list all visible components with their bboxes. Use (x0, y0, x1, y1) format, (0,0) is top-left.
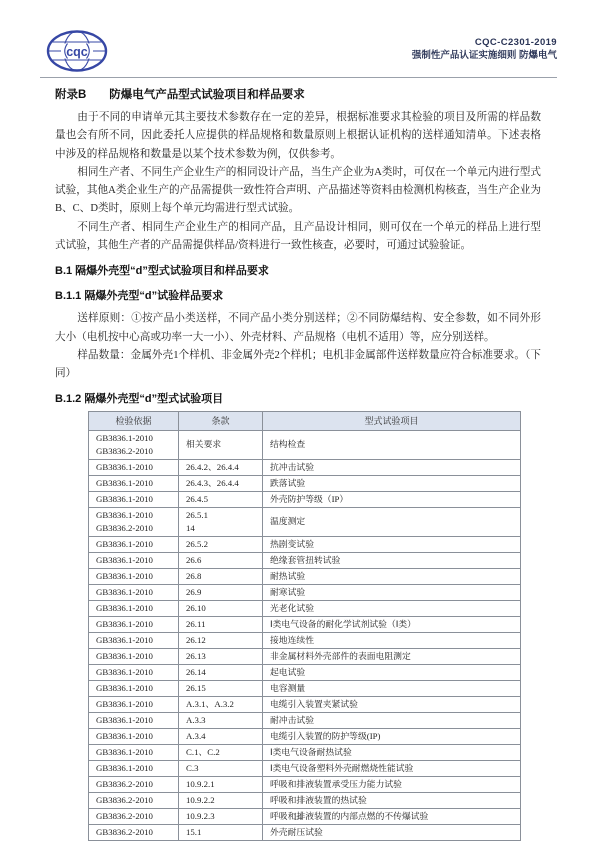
table-cell-basis: GB3836.1-2010 (89, 760, 179, 776)
table-cell-item: 电缆引入装置夹紧试验 (263, 696, 521, 712)
table-cell-basis: GB3836.2-2010 (89, 776, 179, 792)
table-cell-item: 抗冲击试验 (263, 459, 521, 475)
table-row: GB3836.1-201026.9耐寒试验 (89, 584, 521, 600)
table-row: GB3836.1-2010 GB3836.2-201026.5.1 14温度测定 (89, 507, 521, 536)
table-cell-clause: 26.10 (179, 600, 263, 616)
table-cell-clause: 26.6 (179, 552, 263, 568)
table-row: GB3836.1-201026.11Ⅰ类电气设备的耐化学试剂试验（Ⅰ类） (89, 616, 521, 632)
appendix-title: 附录B 防爆电气产品型式试验项目和样品要求 (55, 88, 541, 102)
table-cell-item: 接地连续性 (263, 632, 521, 648)
column-header-clause: 条款 (179, 411, 263, 430)
table-cell-item: 起电试验 (263, 664, 521, 680)
table-cell-clause: 26.14 (179, 664, 263, 680)
table-cell-clause: 26.4.3、26.4.4 (179, 475, 263, 491)
document-page: cqc CQC-C2301-2019 强制性产品认证实施细则 防爆电气 附录B … (0, 0, 595, 845)
intro-paragraph: 由于不同的申请单元其主要技术参数存在一定的差异，根据标准要求其检验的项目及所需的… (55, 109, 541, 164)
table-cell-basis: GB3836.1-2010 (89, 552, 179, 568)
header-divider (40, 77, 557, 78)
table-cell-clause: 26.15 (179, 680, 263, 696)
table-cell-basis: GB3836.1-2010 (89, 680, 179, 696)
table-cell-basis: GB3836.1-2010 (89, 664, 179, 680)
table-cell-clause: 26.4.2、26.4.4 (179, 459, 263, 475)
table-row: GB3836.1-201026.6绝缘套管扭转试验 (89, 552, 521, 568)
table-cell-basis: GB3836.1-2010 (89, 632, 179, 648)
table-cell-basis: GB3836.1-2010 (89, 744, 179, 760)
intro-paragraph: 相同生产者、不同生产企业生产的相同设计产品，当生产企业为A类时，可仅在一个单元内… (55, 164, 541, 219)
table-header-row: 检验依据 条款 型式试验项目 (89, 411, 521, 430)
header-doc-info: CQC-C2301-2019 强制性产品认证实施细则 防爆电气 (412, 36, 557, 62)
table-cell-item: 耐热试验 (263, 568, 521, 584)
table-cell-item: 结构检查 (263, 430, 521, 459)
table-cell-basis: GB3836.1-2010 (89, 584, 179, 600)
table-row: GB3836.1-2010C.3Ⅰ类电气设备塑料外壳耐燃烧性能试验 (89, 760, 521, 776)
table-cell-clause: 26.8 (179, 568, 263, 584)
table-row: GB3836.1-201026.8耐热试验 (89, 568, 521, 584)
table-cell-item: 光老化试验 (263, 600, 521, 616)
type-test-table-body: GB3836.1-2010 GB3836.2-2010相关要求结构检查GB383… (89, 430, 521, 840)
globe-logo-icon: cqc (46, 30, 108, 72)
column-header-item: 型式试验项目 (263, 411, 521, 430)
section-heading-b11: B.1.1 隔爆外壳型“d”试验样品要求 (55, 289, 541, 303)
table-row: GB3836.2-201010.9.2.1呼吸和排液装置承受压力能力试验 (89, 776, 521, 792)
table-cell-item: 绝缘套管扭转试验 (263, 552, 521, 568)
type-test-table: 检验依据 条款 型式试验项目 GB3836.1-2010 GB3836.2-20… (88, 411, 521, 841)
table-cell-clause: A.3.1、A.3.2 (179, 696, 263, 712)
table-cell-clause: 15.1 (179, 824, 263, 840)
table-cell-clause: 10.9.2.2 (179, 792, 263, 808)
doc-number: CQC-C2301-2019 (412, 36, 557, 49)
table-cell-clause: 26.13 (179, 648, 263, 664)
doc-subtitle: 强制性产品认证实施细则 防爆电气 (412, 49, 557, 62)
table-cell-clause: C.3 (179, 760, 263, 776)
table-cell-clause: 26.12 (179, 632, 263, 648)
table-cell-item: 呼吸和排液装置的热试验 (263, 792, 521, 808)
table-cell-basis: GB3836.1-2010 (89, 600, 179, 616)
sample-quantity-paragraph: 样品数量：金属外壳1个样机、非金属外壳2个样机；电机非金属部件送样数量应符合标准… (55, 347, 541, 384)
table-cell-item: 电缆引入装置的防护等级(IP) (263, 728, 521, 744)
table-cell-basis: GB3836.1-2010 (89, 616, 179, 632)
table-cell-clause: 26.11 (179, 616, 263, 632)
table-cell-clause: 26.5.2 (179, 536, 263, 552)
table-cell-item: 温度测定 (263, 507, 521, 536)
table-row: GB3836.2-201010.9.2.2呼吸和排液装置的热试验 (89, 792, 521, 808)
table-cell-basis: GB3836.1-2010 (89, 491, 179, 507)
document-content: 附录B 防爆电气产品型式试验项目和样品要求 由于不同的申请单元其主要技术参数存在… (55, 88, 541, 841)
table-cell-item: 呼吸和排液装置承受压力能力试验 (263, 776, 521, 792)
table-cell-basis: GB3836.1-2010 (89, 712, 179, 728)
table-cell-item: 耐冲击试验 (263, 712, 521, 728)
table-cell-basis: GB3836.1-2010 GB3836.2-2010 (89, 507, 179, 536)
table-row: GB3836.1-2010C.1、C.2Ⅰ类电气设备耐热试验 (89, 744, 521, 760)
section-heading-b1: B.1 隔爆外壳型“d”型式试验项目和样品要求 (55, 264, 541, 278)
table-cell-basis: GB3836.1-2010 GB3836.2-2010 (89, 430, 179, 459)
table-row: GB3836.1-2010A.3.3耐冲击试验 (89, 712, 521, 728)
table-cell-clause: 相关要求 (179, 430, 263, 459)
table-cell-item: 跌落试验 (263, 475, 521, 491)
table-cell-clause: 26.9 (179, 584, 263, 600)
table-row: GB3836.1-201026.4.3、26.4.4跌落试验 (89, 475, 521, 491)
table-row: GB3836.1-201026.10光老化试验 (89, 600, 521, 616)
table-row: GB3836.1-201026.14起电试验 (89, 664, 521, 680)
svg-text:cqc: cqc (66, 45, 88, 59)
table-cell-item: 热剧变试验 (263, 536, 521, 552)
table-cell-basis: GB3836.1-2010 (89, 568, 179, 584)
table-row: GB3836.1-201026.4.5外壳防护等级（IP） (89, 491, 521, 507)
table-row: GB3836.1-201026.4.2、26.4.4抗冲击试验 (89, 459, 521, 475)
table-cell-clause: 26.5.1 14 (179, 507, 263, 536)
table-cell-basis: GB3836.1-2010 (89, 728, 179, 744)
table-cell-item: Ⅰ类电气设备耐热试验 (263, 744, 521, 760)
table-cell-clause: 10.9.2.1 (179, 776, 263, 792)
column-header-basis: 检验依据 (89, 411, 179, 430)
table-cell-basis: GB3836.1-2010 (89, 536, 179, 552)
table-cell-item: 非金属材料外壳部件的表面电阻测定 (263, 648, 521, 664)
table-cell-item: Ⅰ类电气设备塑料外壳耐燃烧性能试验 (263, 760, 521, 776)
table-cell-basis: GB3836.1-2010 (89, 475, 179, 491)
table-row: GB3836.1-2010A.3.4电缆引入装置的防护等级(IP) (89, 728, 521, 744)
type-test-table-head: 检验依据 条款 型式试验项目 (89, 411, 521, 430)
table-cell-basis: GB3836.1-2010 (89, 648, 179, 664)
table-cell-basis: GB3836.2-2010 (89, 792, 179, 808)
table-cell-item: Ⅰ类电气设备的耐化学试剂试验（Ⅰ类） (263, 616, 521, 632)
table-row: GB3836.1-201026.13非金属材料外壳部件的表面电阻测定 (89, 648, 521, 664)
intro-paragraph: 不同生产者、相同生产企业生产的相同产品，且产品设计相同，则可仅在一个单元的样品上… (55, 219, 541, 256)
table-row: GB3836.2-201015.1外壳耐压试验 (89, 824, 521, 840)
table-cell-item: 外壳耐压试验 (263, 824, 521, 840)
page-number: 14 (0, 813, 595, 823)
cqc-logo-icon: cqc (46, 30, 108, 77)
table-row: GB3836.1-201026.15电容测量 (89, 680, 521, 696)
table-row: GB3836.1-201026.12接地连续性 (89, 632, 521, 648)
table-cell-clause: A.3.3 (179, 712, 263, 728)
table-cell-item: 外壳防护等级（IP） (263, 491, 521, 507)
table-cell-item: 耐寒试验 (263, 584, 521, 600)
section-heading-b12: B.1.2 隔爆外壳型“d”型式试验项目 (55, 392, 541, 406)
table-cell-basis: GB3836.1-2010 (89, 459, 179, 475)
table-row: GB3836.1-2010A.3.1、A.3.2电缆引入装置夹紧试验 (89, 696, 521, 712)
table-row: GB3836.1-2010 GB3836.2-2010相关要求结构检查 (89, 430, 521, 459)
table-cell-basis: GB3836.2-2010 (89, 824, 179, 840)
table-cell-clause: 26.4.5 (179, 491, 263, 507)
table-cell-item: 电容测量 (263, 680, 521, 696)
sampling-principle-paragraph: 送样原则：①按产品小类送样，不同产品小类分别送样；②不同防爆结构、安全参数，如不… (55, 310, 541, 347)
table-row: GB3836.1-201026.5.2热剧变试验 (89, 536, 521, 552)
table-cell-clause: A.3.4 (179, 728, 263, 744)
table-cell-clause: C.1、C.2 (179, 744, 263, 760)
table-cell-basis: GB3836.1-2010 (89, 696, 179, 712)
